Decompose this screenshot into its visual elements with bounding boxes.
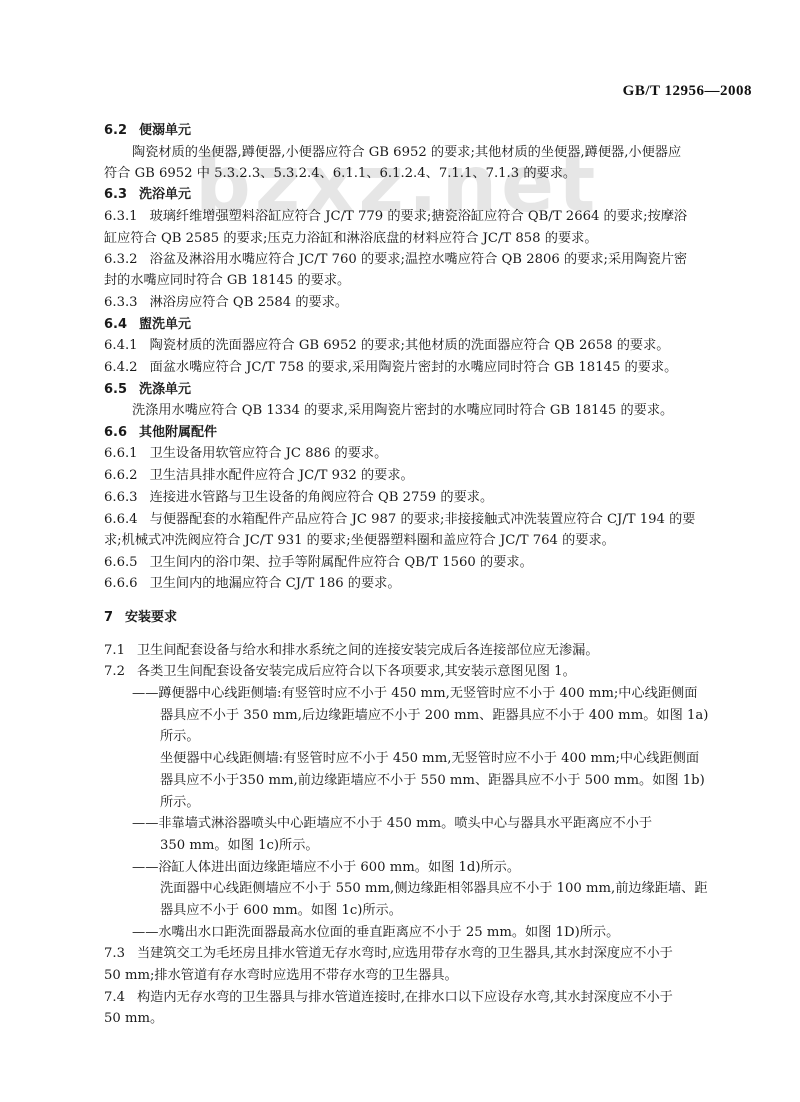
clause-text: 50 mm;排水管道有存水弯时应选用不带存水弯的卫生器具。 [104,968,458,983]
section-heading: 6.4盥洗单元 [104,317,191,333]
clause-number: 7.4 [104,990,125,1006]
text-line: 6.6.1卫生设备用软管应符合 JC 886 的要求。 [104,446,387,462]
clause-number: 6.6.5 [104,555,138,571]
text-line: ——蹲便器中心线距侧墙:有竖管时应不小于 450 mm,无竖管时应不小于 400… [132,686,697,702]
clause-text: ——非靠墙式淋浴器喷头中心距墙应不小于 450 mm。喷头中心与器具水平距离应不… [132,816,652,831]
clause-number: 6.6.6 [104,576,138,592]
clause-text: 卫生间配套设备与给水和排水系统之间的连接安装完成后各连接部位应无渗漏。 [137,643,599,658]
text-line: 50 mm。 [104,1011,163,1027]
text-line: 洗涤用水嘴应符合 QB 1334 的要求,采用陶瓷片密封的水嘴应同时符合 GB … [132,403,673,419]
clause-text: 器具应不小于 600 mm。如图 1c)所示。 [160,903,402,918]
text-line: 7.2各类卫生间配套设备安装完成后应符合以下各项要求,其安装示意图见图 1。 [104,664,576,680]
clause-text: 卫生设备用软管应符合 JC 886 的要求。 [150,446,388,461]
section-heading: 6.3洗浴单元 [104,187,191,203]
text-line: 6.6.6卫生间内的地漏应符合 CJ/T 186 的要求。 [104,576,401,592]
clause-number: 6.6.1 [104,446,138,462]
clause-number: 6.3.1 [104,209,138,225]
clause-text: ——水嘴出水口距洗面器最高水位面的垂直距离应不小于 25 mm。如图 1D)所示… [132,925,619,940]
text-line: 6.6.5卫生间内的浴巾架、拉手等附属配件应符合 QB/T 1560 的要求。 [104,555,533,571]
clause-number: 6.3 [104,187,127,203]
clause-text: 陶瓷材质的坐便器,蹲便器,小便器应符合 GB 6952 的要求;其他材质的坐便器… [132,145,681,160]
clause-number: 6.4 [104,317,127,333]
text-line: 封的水嘴应同时符合 GB 18145 的要求。 [104,273,350,289]
text-line: 6.3.3淋浴房应符合 QB 2584 的要求。 [104,295,348,311]
clause-text: 陶瓷材质的洗面器应符合 GB 6952 的要求;其他材质的洗面器应符合 QB 2… [150,338,670,353]
clause-text: 卫生间内的浴巾架、拉手等附属配件应符合 QB/T 1560 的要求。 [150,555,533,570]
clause-text: 构造内无存水弯的卫生器具与排水管道连接时,在排水口以下应设存水弯,其水封深度应不… [137,990,673,1005]
clause-number: 6.3.3 [104,295,138,311]
clause-text: 求;机械式冲洗阀应符合 JC/T 931 的要求;坐便器塑料圈和盖应符合 JC/… [104,533,615,548]
clause-text: 封的水嘴应同时符合 GB 18145 的要求。 [104,273,350,288]
text-line: 陶瓷材质的坐便器,蹲便器,小便器应符合 GB 6952 的要求;其他材质的坐便器… [132,145,681,161]
clause-text: 器具应不小于350 mm,前边缘距墙应不小于 550 mm、距器具应不小于 50… [160,773,705,788]
clause-text: 所示。 [160,729,200,744]
clause-text: 器具应不小于 350 mm,后边缘距墙应不小于 200 mm、距器具应不小于 4… [160,708,708,723]
clause-text: 各类卫生间配套设备安装完成后应符合以下各项要求,其安装示意图见图 1。 [137,664,576,679]
clause-number: 6.6.4 [104,512,138,528]
clause-text: ——浴缸人体进出面边缘距墙应不小于 600 mm。如图 1d)所示。 [132,860,520,875]
section-heading: 6.2便溺单元 [104,123,191,139]
text-line: 6.6.2卫生洁具排水配件应符合 JC/T 932 的要求。 [104,468,414,484]
clause-text: 洗涤用水嘴应符合 QB 1334 的要求,采用陶瓷片密封的水嘴应同时符合 GB … [132,403,673,418]
text-line: ——水嘴出水口距洗面器最高水位面的垂直距离应不小于 25 mm。如图 1D)所示… [132,925,619,941]
clause-text: 所示。 [160,795,200,810]
clause-text: 淋浴房应符合 QB 2584 的要求。 [150,295,349,310]
section-heading: 7安装要求 [104,610,177,626]
text-line: 所示。 [160,729,200,745]
clause-number: 7.3 [104,946,125,962]
clause-text: 洗涤单元 [139,382,191,397]
clause-number: 6.4.1 [104,338,138,354]
clause-text: 缸应符合 QB 2585 的要求;压克力浴缸和淋浴底盘的材料应符合 JC/T 8… [104,231,598,246]
text-line: 所示。 [160,795,200,811]
clause-text: 盥洗单元 [139,317,191,332]
clause-text: 便溺单元 [139,123,191,138]
clause-text: ——蹲便器中心线距侧墙:有竖管时应不小于 450 mm,无竖管时应不小于 400… [132,686,697,701]
text-line: 6.6.4与便器配套的水箱配件产品应符合 JC 987 的要求;非接接触式冲洗装… [104,512,696,528]
clause-text: 其他附属配件 [139,425,217,440]
clause-number: 6.6.3 [104,490,138,506]
text-line: 350 mm。如图 1c)所示。 [160,838,319,854]
section-heading: 6.6其他附属配件 [104,425,217,441]
clause-number: 7 [104,610,113,626]
text-line: 求;机械式冲洗阀应符合 JC/T 931 的要求;坐便器塑料圈和盖应符合 JC/… [104,533,615,549]
clause-text: 浴盆及淋浴用水嘴应符合 JC/T 760 的要求;温控水嘴应符合 QB 2806… [150,252,688,267]
clause-number: 6.6 [104,425,127,441]
text-line: 器具应不小于 600 mm。如图 1c)所示。 [160,903,402,919]
document-page: GB/T 12956—2008 bzxz.net 6.2便溺单元陶瓷材质的坐便器… [0,0,800,1102]
clause-text: 洗面器中心线距侧墙应不小于 550 mm,侧边缘距相邻器具应不小于 100 mm… [160,881,708,896]
text-line: 器具应不小于350 mm,前边缘距墙应不小于 550 mm、距器具应不小于 50… [160,773,705,789]
text-line: 7.1卫生间配套设备与给水和排水系统之间的连接安装完成后各连接部位应无渗漏。 [104,643,599,659]
clause-number: 7.1 [104,643,125,659]
text-line: 符合 GB 6952 中 5.3.2.3、5.3.2.4、6.1.1、6.1.2… [104,166,576,182]
clause-text: 与便器配套的水箱配件产品应符合 JC 987 的要求;非接接触式冲洗装置应符合 … [150,512,696,527]
text-line: 7.3当建筑交工为毛坯房且排水管道无存水弯时,应选用带存水弯的卫生器具,其水封深… [104,946,673,962]
clause-text: 50 mm。 [104,1011,163,1026]
clause-text: 卫生间内的地漏应符合 CJ/T 186 的要求。 [150,576,401,591]
clause-text: 350 mm。如图 1c)所示。 [160,838,319,853]
text-line: ——浴缸人体进出面边缘距墙应不小于 600 mm。如图 1d)所示。 [132,860,520,876]
clause-text: 卫生洁具排水配件应符合 JC/T 932 的要求。 [150,468,414,483]
section-heading: 6.5洗涤单元 [104,382,191,398]
text-line: 坐便器中心线距侧墙:有竖管时应不小于 450 mm,无竖管时应不小于 400 m… [160,751,699,767]
clause-number: 7.2 [104,664,125,680]
text-line: 器具应不小于 350 mm,后边缘距墙应不小于 200 mm、距器具应不小于 4… [160,708,708,724]
clause-number: 6.4.2 [104,360,138,376]
text-line: 缸应符合 QB 2585 的要求;压克力浴缸和淋浴底盘的材料应符合 JC/T 8… [104,231,598,247]
text-line: 6.6.3连接进水管路与卫生设备的角阀应符合 QB 2759 的要求。 [104,490,493,506]
text-line: 7.4构造内无存水弯的卫生器具与排水管道连接时,在排水口以下应设存水弯,其水封深… [104,990,673,1006]
clause-number: 6.3.2 [104,252,138,268]
clause-text: 安装要求 [125,610,177,625]
text-line: 6.3.1玻璃纤维增强塑料浴缸应符合 JC/T 779 的要求;搪瓷浴缸应符合 … [104,209,687,225]
text-line: 6.3.2浴盆及淋浴用水嘴应符合 JC/T 760 的要求;温控水嘴应符合 QB… [104,252,687,268]
clause-number: 6.5 [104,382,127,398]
text-line: ——非靠墙式淋浴器喷头中心距墙应不小于 450 mm。喷头中心与器具水平距离应不… [132,816,652,832]
text-line: 6.4.2面盆水嘴应符合 JC/T 758 的要求,采用陶瓷片密封的水嘴应同时符… [104,360,677,376]
clause-number: 6.2 [104,123,127,139]
clause-text: 连接进水管路与卫生设备的角阀应符合 QB 2759 的要求。 [150,490,494,505]
clause-text: 玻璃纤维增强塑料浴缸应符合 JC/T 779 的要求;搪瓷浴缸应符合 QB/T … [150,209,688,224]
text-line: 50 mm;排水管道有存水弯时应选用不带存水弯的卫生器具。 [104,968,458,984]
text-line: 6.4.1陶瓷材质的洗面器应符合 GB 6952 的要求;其他材质的洗面器应符合… [104,338,669,354]
standard-code-header: GB/T 12956—2008 [623,83,752,100]
clause-text: 符合 GB 6952 中 5.3.2.3、5.3.2.4、6.1.1、6.1.2… [104,166,576,181]
clause-text: 洗浴单元 [139,187,191,202]
text-line: 洗面器中心线距侧墙应不小于 550 mm,侧边缘距相邻器具应不小于 100 mm… [160,881,708,897]
clause-text: 当建筑交工为毛坯房且排水管道无存水弯时,应选用带存水弯的卫生器具,其水封深度应不… [137,946,673,961]
clause-text: 坐便器中心线距侧墙:有竖管时应不小于 450 mm,无竖管时应不小于 400 m… [160,751,699,766]
clause-number: 6.6.2 [104,468,138,484]
clause-text: 面盆水嘴应符合 JC/T 758 的要求,采用陶瓷片密封的水嘴应同时符合 GB … [150,360,678,375]
